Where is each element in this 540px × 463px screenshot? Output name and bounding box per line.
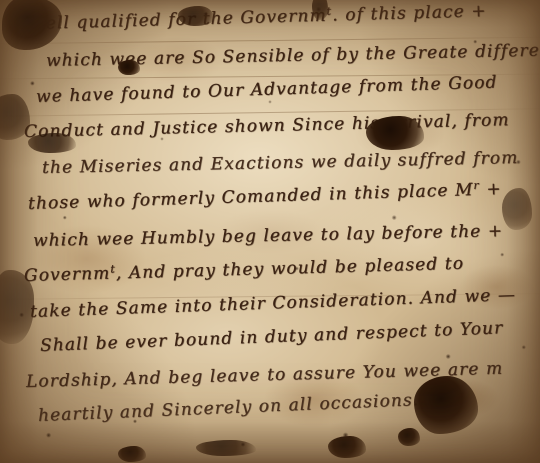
- manuscript-line: which wee Humbly beg leave to lay before…: [33, 220, 504, 251]
- manuscript-line: Shall be ever bound in duty and respect …: [40, 317, 504, 356]
- ink-smudge: [0, 94, 30, 140]
- line-text: the Miseries and Exactions we daily suff…: [42, 148, 519, 178]
- ink-blot: [178, 6, 214, 26]
- line-text: +: [480, 179, 502, 200]
- manuscript-line: well qualified for the Governmt. of this…: [30, 0, 487, 34]
- manuscript-line: Governmt, And pray they would be pleased…: [24, 253, 465, 286]
- manuscript-page: well qualified for the Governmt. of this…: [0, 0, 540, 463]
- manuscript-line: take the Same into their Consideration. …: [30, 284, 517, 322]
- ink-smudge: [502, 188, 532, 230]
- ink-blot: [118, 60, 140, 75]
- ink-smudge: [196, 440, 256, 456]
- line-text: heartily and Sincerely on all occasions.: [38, 390, 420, 426]
- ink-blot: [118, 446, 146, 462]
- ink-blot: [398, 428, 420, 446]
- ink-blot: [414, 376, 478, 434]
- line-text: Shall be ever bound in duty and respect …: [40, 318, 504, 356]
- line-text: take the Same into their Consideration. …: [30, 285, 517, 322]
- manuscript-line: heartily and Sincerely on all occasions.: [38, 389, 420, 426]
- line-text: which wee Humbly beg leave to lay before…: [33, 221, 504, 251]
- ink-blot: [366, 116, 424, 150]
- line-text: . of this place +: [332, 1, 487, 25]
- ink-smudge: [28, 133, 76, 153]
- ink-blot: [328, 436, 366, 458]
- line-text: those who formerly Comanded in this plac…: [28, 180, 474, 214]
- manuscript-line: those who formerly Comanded in this plac…: [28, 178, 502, 214]
- manuscript-line: the Miseries and Exactions we daily suff…: [42, 147, 519, 178]
- line-text: Governm: [24, 264, 111, 286]
- ink-smudge: [0, 270, 34, 344]
- line-text: , And pray they would be pleased to: [116, 254, 465, 284]
- line-text: well qualified for the Governm: [30, 6, 327, 34]
- ink-blot: [312, 0, 328, 20]
